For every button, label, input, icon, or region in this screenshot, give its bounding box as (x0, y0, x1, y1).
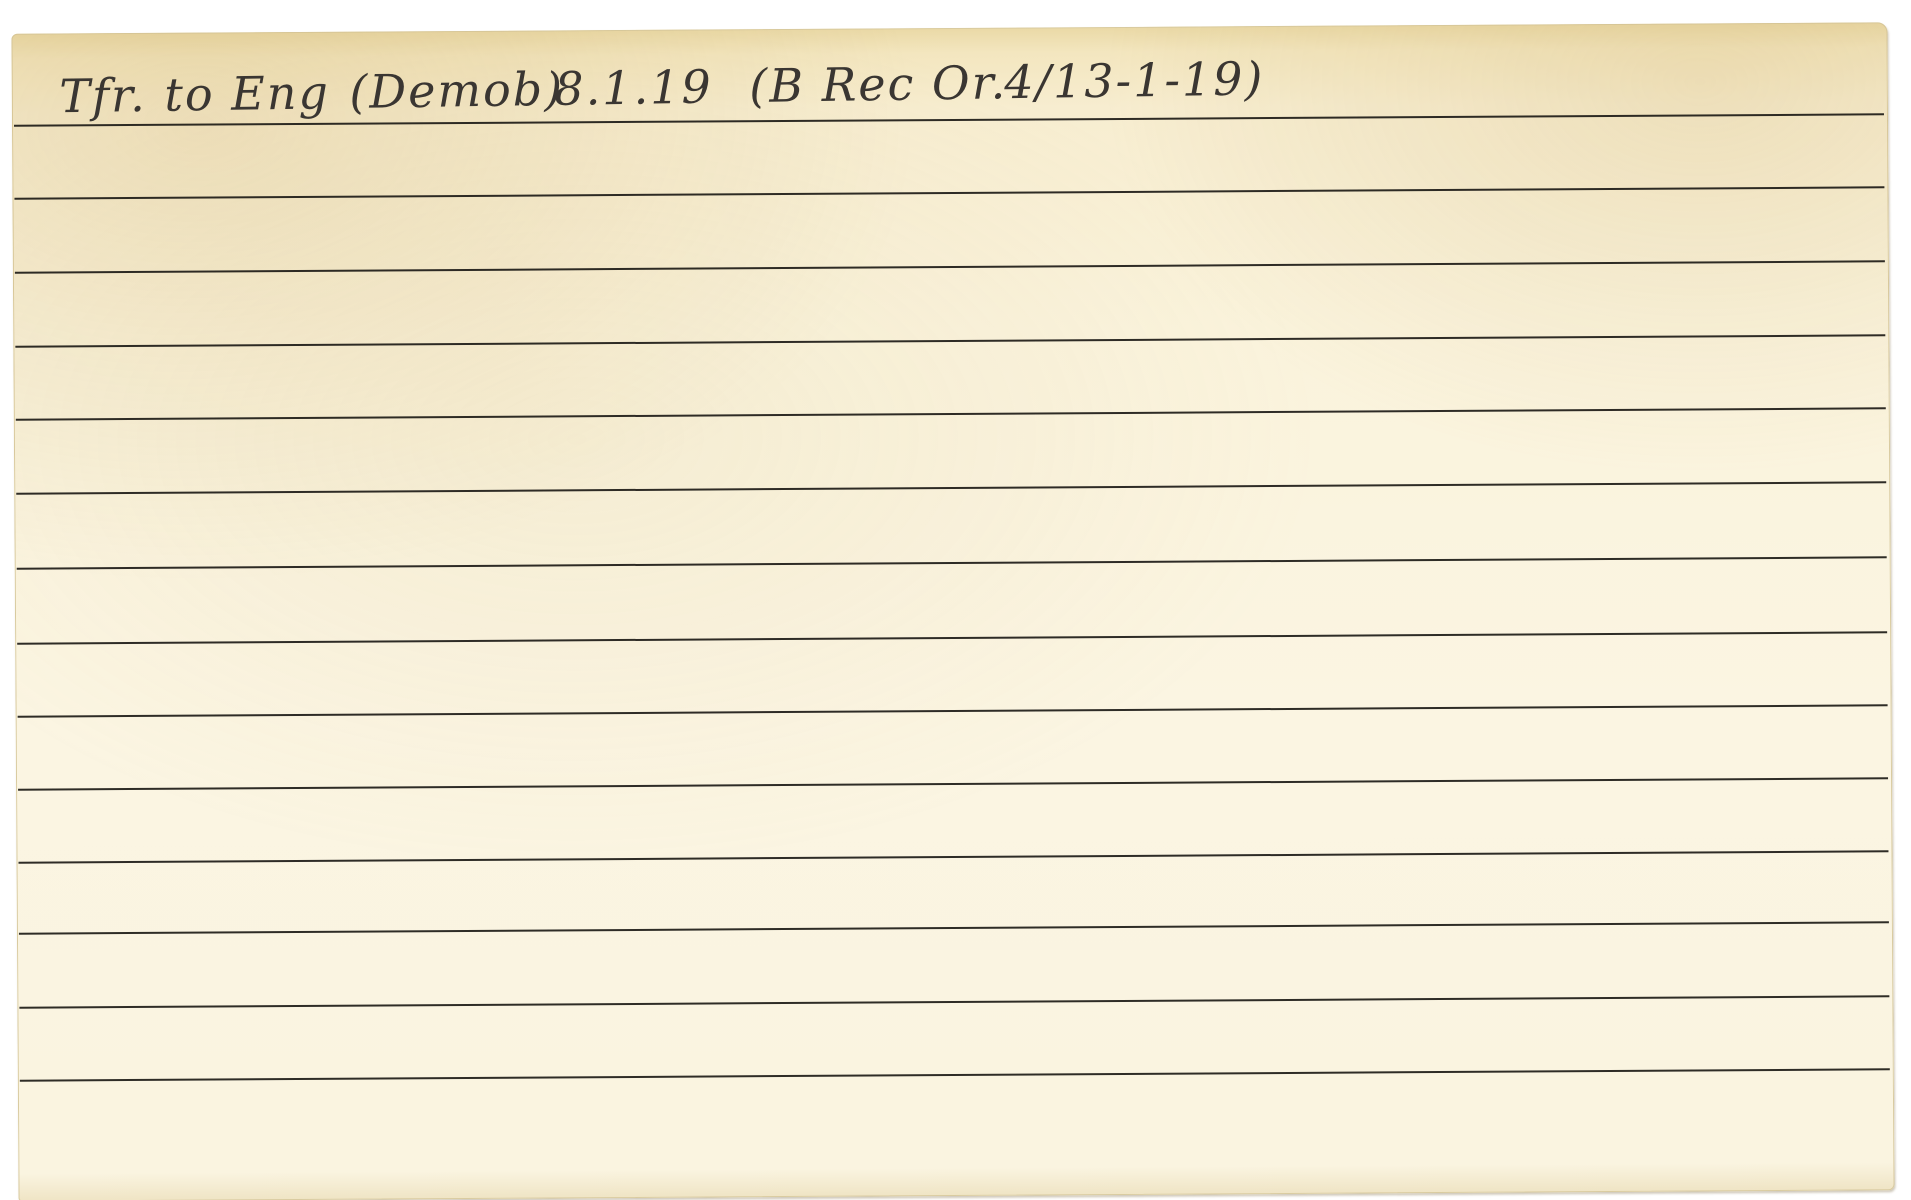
ruled-line (19, 995, 1889, 1008)
handwriting-segment-reason: (Demob) (349, 62, 565, 119)
handwriting-segment-reference: (B Rec Or. (749, 55, 1008, 113)
ruled-line (15, 334, 1885, 347)
handwritten-entry: Tfr. to Eng (Demob) 8.1.19 (B Rec Or. 4/… (39, 50, 1340, 149)
ruled-line (16, 407, 1886, 420)
handwriting-segment-destination: to Eng (164, 65, 330, 121)
ruled-line (19, 921, 1889, 934)
handwriting-segment-date: 8.1.19 (554, 60, 713, 116)
ruled-line (18, 704, 1888, 717)
ruled-line (15, 260, 1885, 273)
ruled-line (17, 556, 1887, 569)
ruled-line (17, 631, 1887, 644)
ruled-line (14, 186, 1884, 199)
ruled-line (18, 777, 1888, 790)
ruled-line (20, 1068, 1890, 1081)
handwriting-segment-transfer: Tfr. (59, 68, 147, 123)
handwriting-segment-reference-date: 4/13-1-19) (1004, 51, 1265, 109)
index-card: Tfr. to Eng (Demob) 8.1.19 (B Rec Or. 4/… (11, 22, 1894, 1200)
ruled-line (19, 850, 1889, 863)
ruled-line (16, 481, 1886, 494)
